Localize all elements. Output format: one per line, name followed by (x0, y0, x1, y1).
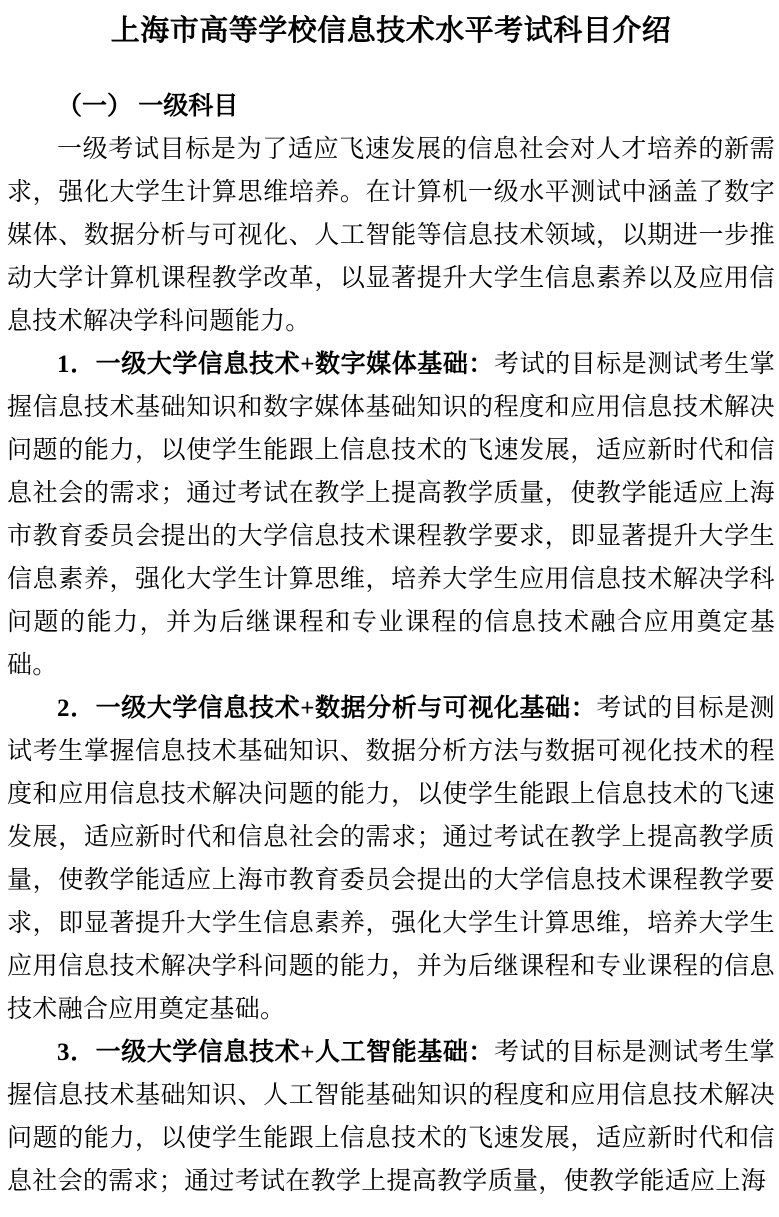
subject-item-1-body: 考试的目标是测试考生掌握信息技术基础知识和数字媒体基础知识的程度和应用信息技术解… (7, 351, 775, 679)
section-heading: （一） 一级科目 (7, 85, 775, 128)
intro-paragraph: 一级考试目标是为了适应飞速发展的信息社会对人才培养的新需求，强化大学生计算思维培… (7, 128, 775, 343)
subject-item-1-title: 1．一级大学信息技术+数字媒体基础： (57, 351, 494, 378)
subject-item-2: 2．一级大学信息技术+数据分析与可视化基础：考试的目标是测试考生掌握信息技术基础… (7, 687, 775, 1031)
document-page: 上海市高等学校信息技术水平考试科目介绍 （一） 一级科目 一级考试目标是为了适应… (0, 0, 779, 1217)
document-title: 上海市高等学校信息技术水平考试科目介绍 (7, 10, 775, 52)
subject-item-2-body: 考试的目标是测试考生掌握信息技术基础知识、数据分析方法与数据可视化技术的程度和应… (7, 695, 775, 1023)
subject-item-3-title: 3．一级大学信息技术+人工智能基础： (57, 1039, 494, 1066)
subject-item-3: 3．一级大学信息技术+人工智能基础：考试的目标是测试考生掌握信息技术基础知识、人… (7, 1031, 775, 1203)
subject-item-1: 1．一级大学信息技术+数字媒体基础：考试的目标是测试考生掌握信息技术基础知识和数… (7, 343, 775, 687)
subject-item-2-title: 2．一级大学信息技术+数据分析与可视化基础： (57, 695, 596, 722)
